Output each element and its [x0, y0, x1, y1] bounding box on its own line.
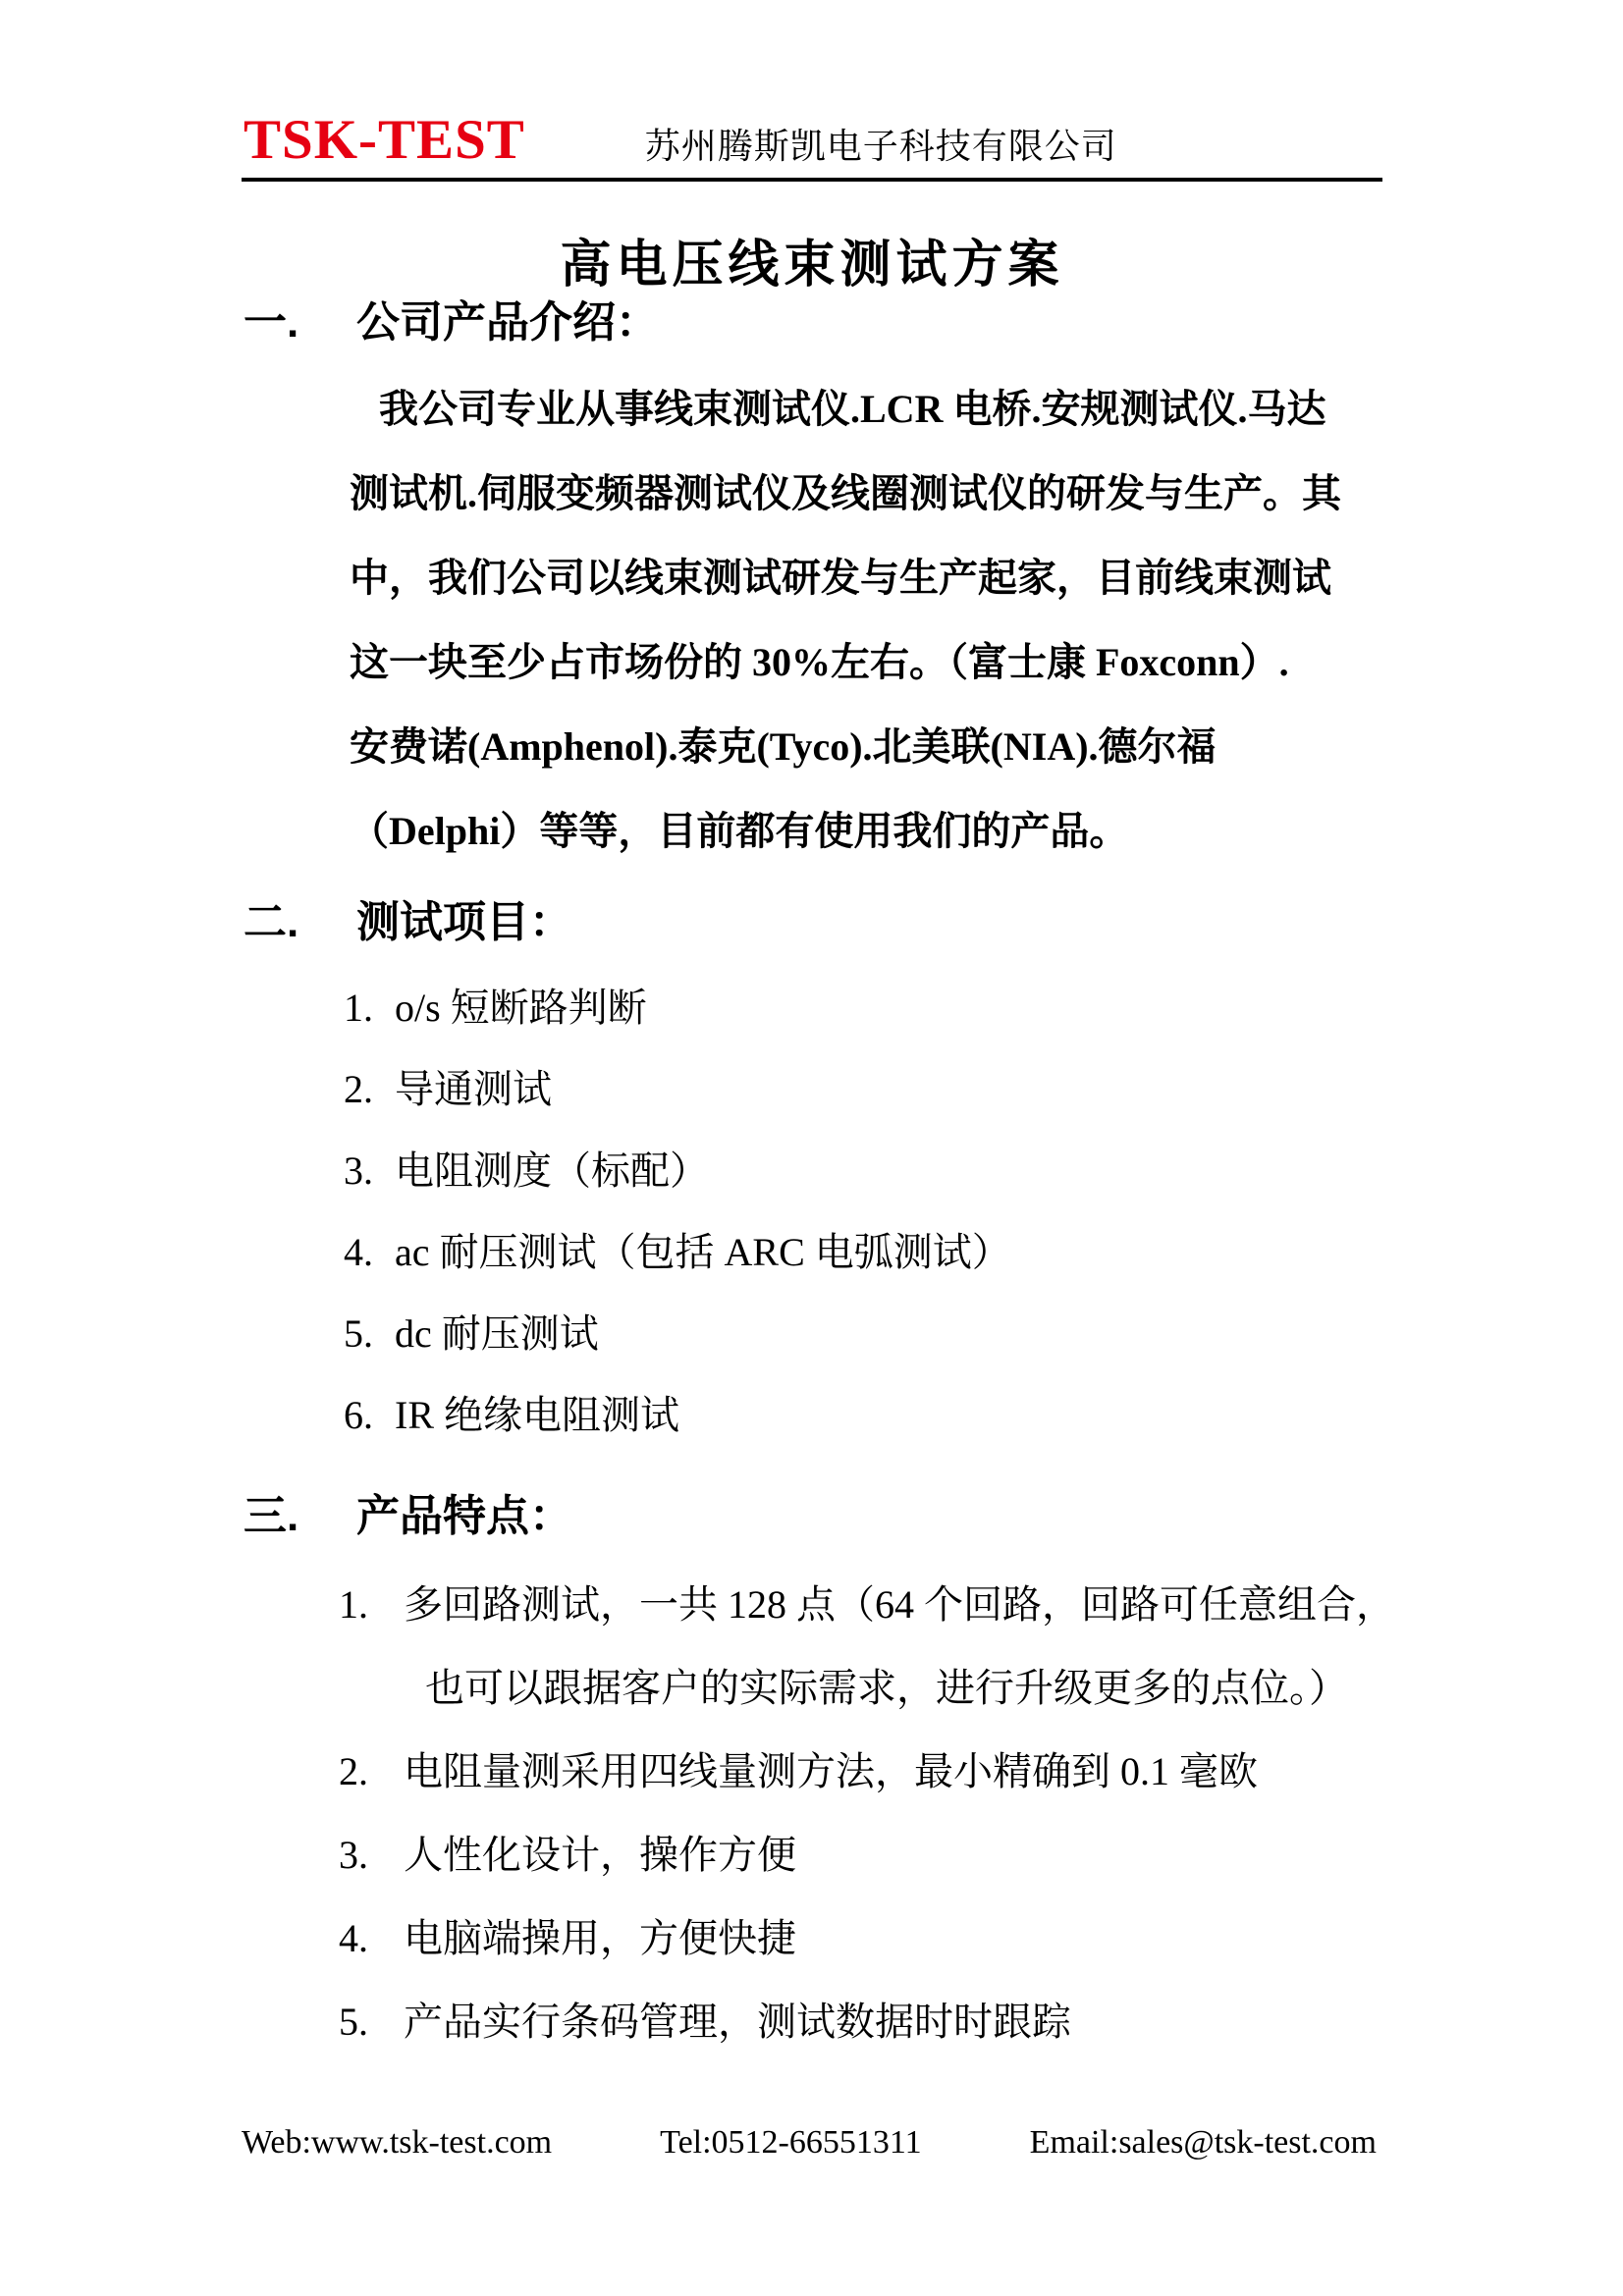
document-title: 高电压线束测试方案: [242, 235, 1382, 297]
section-2-label: 测试项目：: [356, 897, 572, 948]
section-2-heading: 二. 测试项目：: [243, 897, 572, 948]
list-item: 3. 人性化设计，操作方便: [339, 1813, 1395, 1896]
test-items-list: 1. o/s 短断路判断 2. 导通测试 3. 电阻测度（标配） 4. ac 耐…: [344, 967, 1011, 1456]
list-item-text: 产品实行条码管理，测试数据时时跟踪: [404, 1980, 1071, 2063]
list-item-number: 2.: [344, 1048, 395, 1130]
list-item-number: 3.: [344, 1130, 395, 1211]
list-item-text: 电阻量测采用四线量测方法，最小精确到 0.1 毫欧: [404, 1730, 1258, 1813]
intro-paragraph: 我公司专业从事线束测试仪.LCR 电桥.安规测试仪.马达 测试机.伺服变频器测试…: [350, 367, 1398, 874]
company-name: 苏州腾斯凯电子科技有限公司: [645, 119, 1117, 169]
list-item: 4. 电脑端操用，方便快捷: [339, 1896, 1395, 1980]
footer-tel: Tel:0512-66551311: [660, 2123, 921, 2163]
list-item: 5. dc 耐压测试: [344, 1293, 1011, 1374]
list-item: 1. 多回路测试，一共 128 点（64 个回路，回路可任意组合， 也可以跟据客…: [339, 1563, 1395, 1730]
list-item: 2. 电阻量测采用四线量测方法，最小精确到 0.1 毫欧: [339, 1730, 1395, 1813]
list-item-text: ac 耐压测试（包括 ARC 电弧测试）: [395, 1211, 1011, 1293]
list-item-text: 多回路测试，一共 128 点（64 个回路，回路可任意组合，: [404, 1563, 1395, 1646]
list-item: 4. ac 耐压测试（包括 ARC 电弧测试）: [344, 1211, 1011, 1293]
section-3-number: 三.: [243, 1491, 356, 1542]
list-item: 1. o/s 短断路判断: [344, 967, 1011, 1048]
paragraph-line: （Delphi）等等，目前都有使用我们的产品。: [350, 789, 1398, 874]
list-item-number: 3.: [339, 1813, 404, 1896]
section-2-number: 二.: [243, 897, 356, 948]
list-item: 3. 电阻测度（标配）: [344, 1130, 1011, 1211]
footer-email: Email:sales@tsk-test.com: [1030, 2123, 1377, 2163]
section-1-number: 一.: [243, 297, 356, 348]
list-item-number: 2.: [339, 1730, 404, 1813]
paragraph-line: 测试机.伺服变频器测试仪及线圈测试仪的研发与生产。其: [350, 452, 1398, 536]
list-item-number: 5.: [339, 1980, 404, 2063]
list-item-text: 导通测试: [395, 1048, 552, 1130]
paragraph-line: 中，我们公司以线束测试研发与生产起家，目前线束测试: [350, 536, 1398, 620]
list-item-text: 人性化设计，操作方便: [404, 1813, 796, 1896]
list-item-number: 6.: [344, 1374, 395, 1456]
header-rule: [242, 178, 1382, 182]
list-item-text: o/s 短断路判断: [395, 967, 647, 1048]
list-item-number: 1.: [339, 1563, 404, 1646]
paragraph-line: 这一块至少占市场份的 30%左右。（富士康 Foxconn）.: [350, 620, 1398, 705]
section-1-label: 公司产品介绍：: [356, 297, 659, 348]
document-page: TSK-TEST 苏州腾斯凯电子科技有限公司 高电压线束测试方案 一. 公司产品…: [0, 0, 1623, 2296]
page-header: TSK-TEST 苏州腾斯凯电子科技有限公司: [243, 108, 1117, 172]
list-item-number: 4.: [339, 1896, 404, 1980]
section-1-heading: 一. 公司产品介绍：: [243, 297, 659, 348]
list-item-number: 1.: [344, 967, 395, 1048]
footer-web: Web:www.tsk-test.com: [242, 2123, 552, 2163]
list-item-text: IR 绝缘电阻测试: [395, 1374, 679, 1456]
product-features-list: 1. 多回路测试，一共 128 点（64 个回路，回路可任意组合， 也可以跟据客…: [339, 1563, 1395, 2063]
list-item: 6. IR 绝缘电阻测试: [344, 1374, 1011, 1456]
list-item-text: dc 耐压测试: [395, 1293, 599, 1374]
list-item-text: 电脑端操用，方便快捷: [404, 1896, 796, 1980]
section-3-label: 产品特点：: [356, 1491, 572, 1542]
list-item: 5. 产品实行条码管理，测试数据时时跟踪: [339, 1980, 1395, 2063]
list-item: 2. 导通测试: [344, 1048, 1011, 1130]
list-item-text-continued: 也可以跟据客户的实际需求，进行升级更多的点位。）: [425, 1646, 1395, 1730]
paragraph-line: 安费诺(Amphenol).泰克(Tyco).北美联(NIA).德尔福: [350, 705, 1398, 789]
list-item-number: 4.: [344, 1211, 395, 1293]
company-logo: TSK-TEST: [243, 108, 525, 172]
section-3-heading: 三. 产品特点：: [243, 1491, 572, 1542]
page-footer: Web:www.tsk-test.com Tel:0512-66551311 E…: [242, 2123, 1377, 2163]
paragraph-line: 我公司专业从事线束测试仪.LCR 电桥.安规测试仪.马达: [350, 367, 1398, 452]
list-item-number: 5.: [344, 1293, 395, 1374]
list-item-text: 电阻测度（标配）: [395, 1130, 709, 1211]
